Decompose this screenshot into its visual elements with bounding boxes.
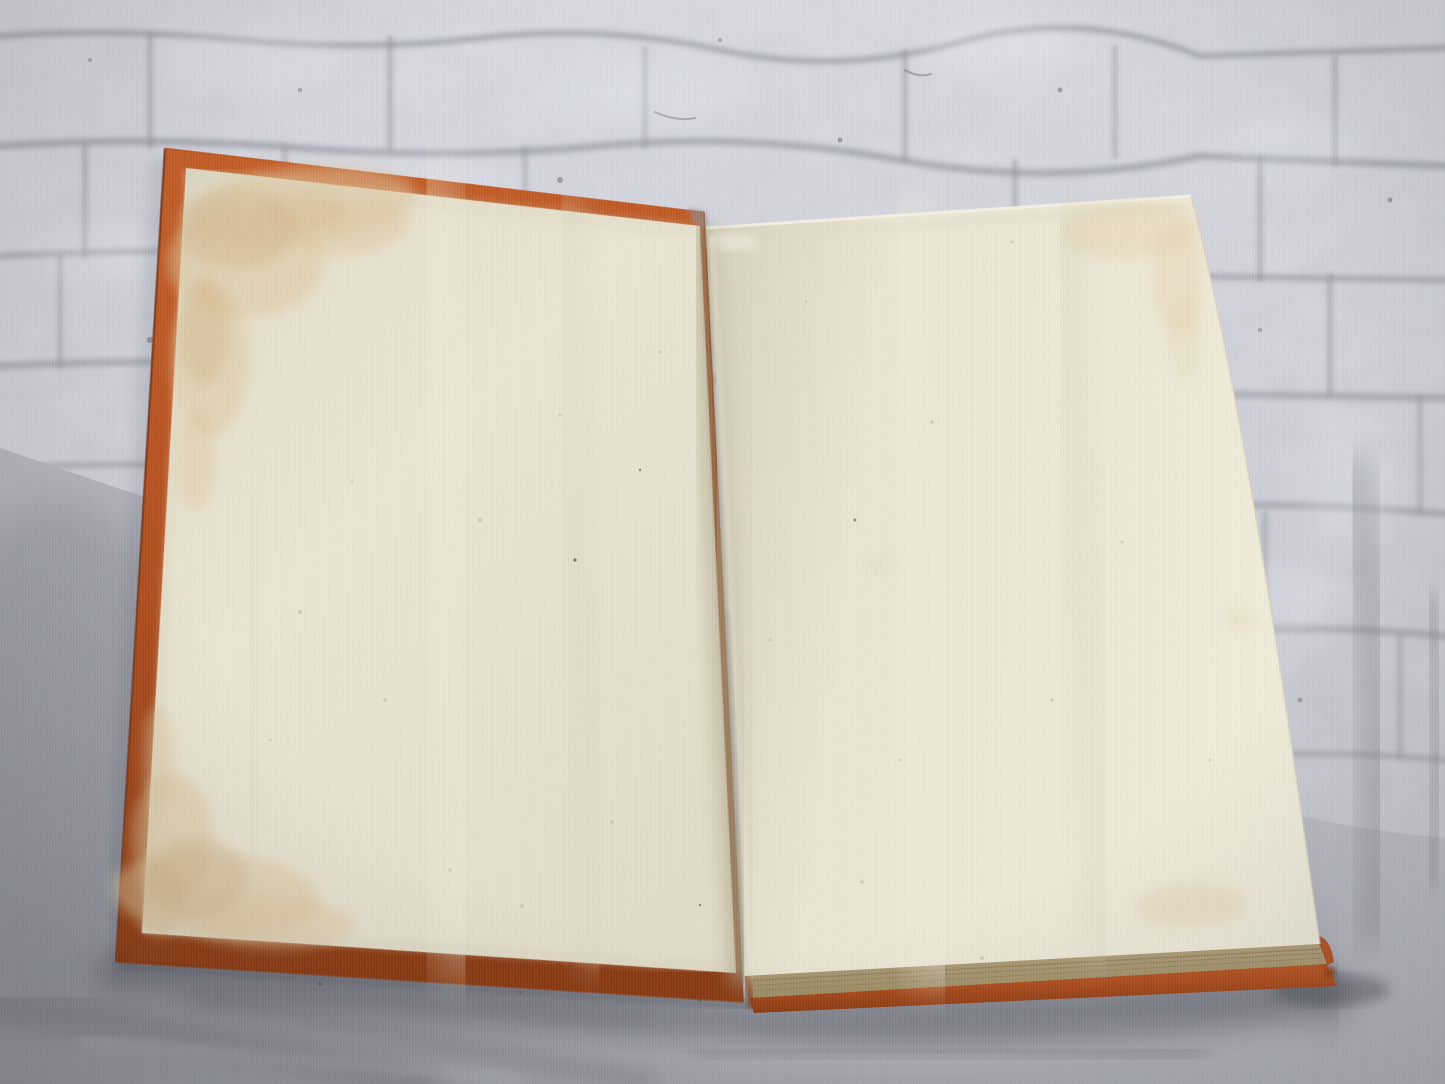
photo-grain	[0, 0, 1445, 1084]
photo-stage	[0, 0, 1445, 1084]
book-photo	[0, 0, 1445, 1084]
